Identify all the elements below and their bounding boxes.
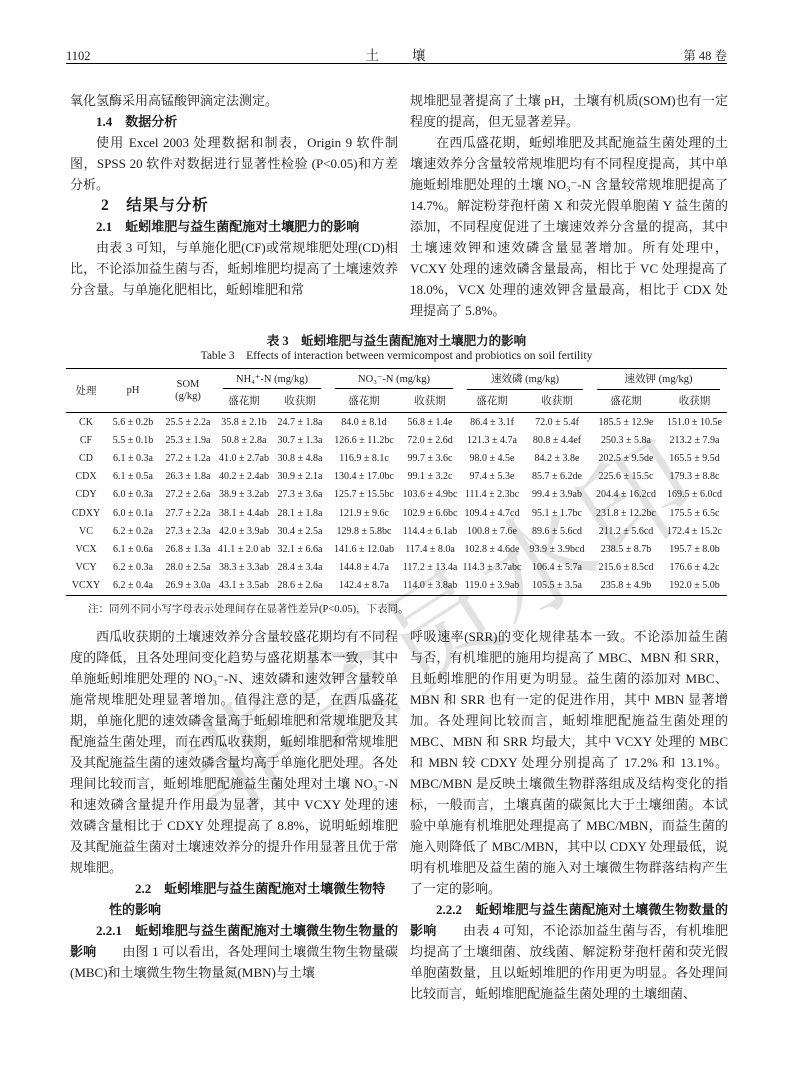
value-cell: 35.8 ± 2.1b [216,413,272,432]
subcol-flowering: 盛花期 [460,390,524,413]
heading-2-2: 2.2 蚯蚓堆肥与益生菌配施对土壤微生物特性的影响 [70,878,398,920]
subcol-harvest: 收获期 [524,390,590,413]
column-bottom-right: 呼吸速率(SRR)的变化规律基本一致。不论添加益生菌与否，有机堆肥的施用均提高了… [410,626,728,1004]
value-cell: 28.1 ± 1.8a [272,504,328,522]
value-cell: 27.3 ± 3.6a [272,486,328,504]
col-group-avail-k: 速效钾 (mg/kg) [590,369,727,391]
value-cell: 213.2 ± 7.9a [662,431,727,449]
table-head: 处理 pH SOM (g/kg) NH₄⁺-N (mg/kg) NO₃⁻-N (… [66,369,727,413]
table-row: VC6.2 ± 0.2a27.3 ± 2.3a42.0 ± 3.9ab30.4 … [66,522,727,540]
table-row: CF5.5 ± 0.1b25.3 ± 1.9a50.8 ± 2.8a30.7 ±… [66,431,727,449]
value-cell: 80.8 ± 4.4ef [524,431,590,449]
value-cell: 102.9 ± 6.6bc [400,504,460,522]
value-cell: 165.5 ± 9.5d [662,449,727,467]
value-cell: 179.3 ± 8.8c [662,468,727,486]
value-cell: 100.8 ± 7.6e [460,522,524,540]
value-cell: 41.0 ± 2.7ab [216,449,272,467]
value-cell: 28.4 ± 3.4a [272,559,328,577]
value-cell: 231.8 ± 12.2bc [590,504,662,522]
value-cell: 26.3 ± 1.8a [160,468,216,486]
value-cell: 84.0 ± 8.1d [328,413,400,432]
value-cell: 235.8 ± 4.9b [590,577,662,596]
value-cell: 99.1 ± 3.2c [400,468,460,486]
value-cell: 25.5 ± 2.2a [160,413,216,432]
value-cell: 225.6 ± 15.5c [590,468,662,486]
value-cell: 119.0 ± 3.9ab [460,577,524,596]
subcol-flowering: 盛花期 [328,390,400,413]
treatment-cell: CD [66,449,106,467]
table-row: VCX6.1 ± 0.6a26.8 ± 1.3a41.1 ± 2.0 ab32.… [66,540,727,558]
table-row: CD6.1 ± 0.3a27.2 ± 1.2a41.0 ± 2.7ab30.8 … [66,449,727,467]
subcol-harvest: 收获期 [400,390,460,413]
value-cell: 185.5 ± 12.9e [590,413,662,432]
value-cell: 40.2 ± 2.4ab [216,468,272,486]
column-top-right: 规堆肥显著提高了土壤 pH，土壤有机质(SOM)也有一定程度的提高，但无显著差异… [410,90,728,321]
table-row: CDX6.1 ± 0.5a26.3 ± 1.8a40.2 ± 2.4ab30.9… [66,468,727,486]
value-cell: 97.4 ± 5.3e [460,468,524,486]
value-cell: 116.9 ± 8.1c [328,449,400,467]
heading-1-4: 1.4 数据分析 [70,111,398,132]
value-cell: 121.3 ± 4.7a [460,431,524,449]
value-cell: 5.6 ± 0.2b [106,413,160,432]
value-cell: 6.2 ± 0.3a [106,559,160,577]
value-cell: 38.3 ± 3.3ab [216,559,272,577]
subcol-harvest: 收获期 [662,390,727,413]
value-cell: 42.0 ± 3.9ab [216,522,272,540]
value-cell: 99.7 ± 3.6c [400,449,460,467]
value-cell: 114.0 ± 3.8ab [400,577,460,596]
value-cell: 95.1 ± 1.7bc [524,504,590,522]
value-cell: 98.0 ± 4.5e [460,449,524,467]
value-cell: 151.0 ± 10.5e [662,413,727,432]
value-cell: 6.1 ± 0.3a [106,449,160,467]
value-cell: 129.8 ± 5.8bc [328,522,400,540]
treatment-cell: CDY [66,486,106,504]
treatment-cell: CDX [66,468,106,486]
value-cell: 117.2 ± 13.4a [400,559,460,577]
paper-page: 非会员水印 1102 土 壤 第 48 卷 氧化氢酶采用高锰酸钾滴定法测定。 1… [0,0,793,1077]
col-header-ph: pH [106,369,160,413]
value-cell: 102.8 ± 4.6de [460,540,524,558]
value-cell: 211.2 ± 5.6cd [590,522,662,540]
table-row: VCXY6.2 ± 0.4a26.9 ± 3.0a43.1 ± 3.5ab28.… [66,577,727,596]
treatment-cell: VCX [66,540,106,558]
value-cell: 86.4 ± 3.1f [460,413,524,432]
table-note: 注：同列不同小写字母表示处理间存在显著性差异(P<0.05)，下表同。 [66,601,727,616]
col-header-treatment: 处理 [66,369,106,413]
value-cell: 89.6 ± 5.6cd [524,522,590,540]
page-content: 1102 土 壤 第 48 卷 氧化氢酶采用高锰酸钾滴定法测定。 1.4 数据分… [0,0,793,1077]
value-cell: 99.4 ± 3.9ab [524,486,590,504]
table-row: VCY6.2 ± 0.3a28.0 ± 2.5a38.3 ± 3.3ab28.4… [66,559,727,577]
value-cell: 114.4 ± 6.1ab [400,522,460,540]
treatment-cell: CDXY [66,504,106,522]
subcol-flowering: 盛花期 [590,390,662,413]
col-header-som: SOM (g/kg) [160,369,216,413]
treatment-cell: VCXY [66,577,106,596]
heading-2-1: 2.1 蚯蚓堆肥与益生菌配施对土壤肥力的影响 [70,216,398,237]
journal-title: 土 壤 [186,44,607,64]
value-cell: 192.0 ± 5.0b [662,577,727,596]
value-cell: 175.5 ± 6.5c [662,504,727,522]
volume-label: 第 48 卷 [607,46,727,64]
value-cell: 38.1 ± 4.4ab [216,504,272,522]
value-cell: 202.5 ± 9.5de [590,449,662,467]
value-cell: 30.8 ± 4.8a [272,449,328,467]
value-cell: 27.2 ± 1.2a [160,449,216,467]
value-cell: 204.4 ± 16.2cd [590,486,662,504]
value-cell: 6.0 ± 0.1a [106,504,160,522]
treatment-cell: CF [66,431,106,449]
value-cell: 130.4 ± 17.0bc [328,468,400,486]
value-cell: 43.1 ± 3.5ab [216,577,272,596]
value-cell: 6.0 ± 0.3a [106,486,160,504]
column-top-left: 氧化氢酶采用高锰酸钾滴定法测定。 1.4 数据分析 使用 Excel 2003 … [70,90,398,300]
value-cell: 250.3 ± 5.8a [590,431,662,449]
value-cell: 85.7 ± 6.2de [524,468,590,486]
paragraph-2-2-1-text: 由图 1 可以看出，各处理间土壤微生物生物量碳(MBC)和土壤微生物生物量氮(M… [70,944,398,980]
treatment-cell: CK [66,413,106,432]
paragraph-2-1-start: 由表 3 可知，与单施化肥(CF)或常规堆肥处理(CD)相比，不论添加益生菌与否… [70,237,398,300]
col-group-avail-p: 速效磷 (mg/kg) [460,369,590,391]
value-cell: 105.5 ± 3.5a [524,577,590,596]
table-row: CDY6.0 ± 0.3a27.2 ± 2.6a38.9 ± 3.2ab27.3… [66,486,727,504]
value-cell: 27.2 ± 2.6a [160,486,216,504]
subcol-flowering: 盛花期 [216,390,272,413]
value-cell: 109.4 ± 4.7cd [460,504,524,522]
table-3-block: 表 3 蚯蚓堆肥与益生菌配施对土壤肥力的影响 Table 3 Effects o… [66,334,727,616]
value-cell: 125.7 ± 15.5bc [328,486,400,504]
paragraph-2-2-2: 2.2.2 蚯蚓堆肥与益生菌配施对土壤微生物数量的影响 由表 4 可知，不论添加… [410,899,728,1004]
treatment-cell: VCY [66,559,106,577]
value-cell: 126.6 ± 11.2bc [328,431,400,449]
value-cell: 121.9 ± 9.6c [328,504,400,522]
paragraph-2-2-2-text: 由表 4 可知，不论添加益生菌与否，有机堆肥均提高了土壤细菌、放线菌、解淀粉芽孢… [410,923,728,1001]
value-cell: 6.1 ± 0.5a [106,468,160,486]
value-cell: 111.4 ± 2.3bc [460,486,524,504]
table-title-en: Table 3 Effects of interaction between v… [66,349,727,364]
value-cell: 144.8 ± 4.7a [328,559,400,577]
value-cell: 195.7 ± 8.0b [662,540,727,558]
value-cell: 30.4 ± 2.5a [272,522,328,540]
table-body: CK5.6 ± 0.2b25.5 ± 2.2a35.8 ± 2.1b24.7 ±… [66,413,727,596]
subcol-harvest: 收获期 [272,390,328,413]
value-cell: 6.2 ± 0.4a [106,577,160,596]
value-cell: 28.6 ± 2.6a [272,577,328,596]
value-cell: 93.9 ± 3.9bcd [524,540,590,558]
header-rule [66,63,727,64]
value-cell: 72.0 ± 2.6d [400,431,460,449]
value-cell: 5.5 ± 0.1b [106,431,160,449]
column-bottom-left: 西瓜收获期的土壤速效养分含量较盛花期均有不同程度的降低，且各处理间变化趋势与盛花… [70,626,398,983]
table-head-row-groups: 处理 pH SOM (g/kg) NH₄⁺-N (mg/kg) NO₃⁻-N (… [66,369,727,391]
value-cell: 114.3 ± 3.7abc [460,559,524,577]
value-cell: 32.1 ± 6.6a [272,540,328,558]
value-cell: 106.4 ± 5.7a [524,559,590,577]
value-cell: 24.7 ± 1.8a [272,413,328,432]
running-head: 1102 土 壤 第 48 卷 [66,44,727,64]
value-cell: 27.3 ± 2.3a [160,522,216,540]
paragraph-2-2-1: 2.2.1 蚯蚓堆肥与益生菌配施对土壤微生物生物量的影响 由图 1 可以看出，各… [70,920,398,983]
value-cell: 27.7 ± 2.2a [160,504,216,522]
value-cell: 103.6 ± 4.9bc [400,486,460,504]
value-cell: 28.0 ± 2.5a [160,559,216,577]
table-title-zh: 表 3 蚯蚓堆肥与益生菌配施对土壤肥力的影响 [66,334,727,349]
paragraph-2-1-cont: 规堆肥显著提高了土壤 pH，土壤有机质(SOM)也有一定程度的提高，但无显著差异… [410,90,728,132]
value-cell: 141.6 ± 12.0ab [328,540,400,558]
soil-fertility-table: 处理 pH SOM (g/kg) NH₄⁺-N (mg/kg) NO₃⁻-N (… [66,368,727,596]
value-cell: 38.9 ± 3.2ab [216,486,272,504]
col-group-nh4n: NH₄⁺-N (mg/kg) [216,369,328,391]
value-cell: 30.7 ± 1.3a [272,431,328,449]
paragraph-harvest-stage: 西瓜收获期的土壤速效养分含量较盛花期均有不同程度的降低，且各处理间变化趋势与盛花… [70,626,398,878]
value-cell: 26.8 ± 1.3a [160,540,216,558]
heading-section-2: 2 结果与分析 [70,195,398,216]
value-cell: 41.1 ± 2.0 ab [216,540,272,558]
value-cell: 56.8 ± 1.4e [400,413,460,432]
value-cell: 50.8 ± 2.8a [216,431,272,449]
page-number: 1102 [66,49,186,64]
value-cell: 84.2 ± 3.8e [524,449,590,467]
value-cell: 72.0 ± 5.4f [524,413,590,432]
value-cell: 176.6 ± 4.2c [662,559,727,577]
paragraph-flowering-stage: 在西瓜盛花期，蚯蚓堆肥及其配施益生菌处理的土壤速效养分含量较常规堆肥均有不同程度… [410,132,728,321]
value-cell: 169.5 ± 6.0cd [662,486,727,504]
carry-over-line: 氧化氢酶采用高锰酸钾滴定法测定。 [70,90,398,111]
paragraph-data-analysis: 使用 Excel 2003 处理数据和制表，Origin 9 软件制图，SPSS… [70,132,398,195]
paragraph-srr: 呼吸速率(SRR)的变化规律基本一致。不论添加益生菌与否，有机堆肥的施用均提高了… [410,626,728,899]
table-row: CDXY6.0 ± 0.1a27.7 ± 2.2a38.1 ± 4.4ab28.… [66,504,727,522]
treatment-cell: VC [66,522,106,540]
value-cell: 172.4 ± 15.2c [662,522,727,540]
value-cell: 238.5 ± 8.7b [590,540,662,558]
table-row: CK5.6 ± 0.2b25.5 ± 2.2a35.8 ± 2.1b24.7 ±… [66,413,727,432]
value-cell: 117.4 ± 8.0a [400,540,460,558]
value-cell: 30.9 ± 2.1a [272,468,328,486]
value-cell: 142.4 ± 8.7a [328,577,400,596]
value-cell: 215.6 ± 8.5cd [590,559,662,577]
value-cell: 6.2 ± 0.2a [106,522,160,540]
value-cell: 26.9 ± 3.0a [160,577,216,596]
value-cell: 6.1 ± 0.6a [106,540,160,558]
value-cell: 25.3 ± 1.9a [160,431,216,449]
col-group-no3n: NO₃⁻-N (mg/kg) [328,369,460,391]
